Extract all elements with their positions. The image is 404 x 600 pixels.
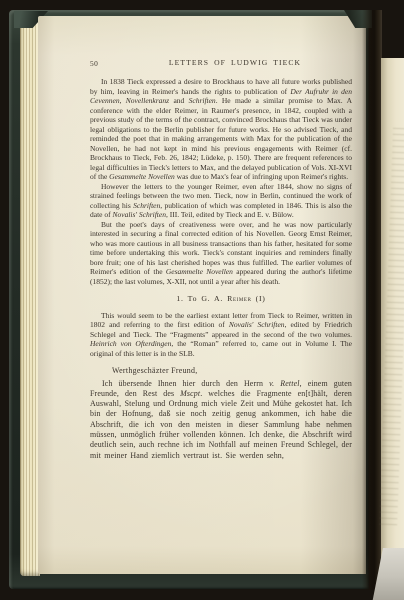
salutation: Werthgeschäzter Freund, bbox=[90, 366, 352, 376]
paragraph: This would seem to be the earliest extan… bbox=[90, 311, 352, 359]
page-type-area: 50 LETTERS OF LUDWIG TIECK In 1838 Tieck… bbox=[90, 58, 352, 574]
letter-paragraph: Ich übersende Ihnen hier durch den Herrn… bbox=[90, 379, 352, 461]
page-header: 50 LETTERS OF LUDWIG TIECK bbox=[90, 58, 352, 70]
page-body: In 1838 Tieck expressed a desire to Broc… bbox=[90, 77, 352, 461]
facing-page-text-lines bbox=[379, 128, 404, 528]
running-title: LETTERS OF LUDWIG TIECK bbox=[104, 58, 366, 67]
page-number: 50 bbox=[90, 59, 98, 68]
facing-page bbox=[381, 58, 404, 600]
book-photo: 50 LETTERS OF LUDWIG TIECK In 1838 Tieck… bbox=[0, 0, 404, 600]
section-heading: 1. To G. A. Reimer (I) bbox=[90, 294, 352, 304]
page-edge-stack bbox=[20, 16, 40, 576]
left-page: 50 LETTERS OF LUDWIG TIECK In 1838 Tieck… bbox=[38, 16, 366, 574]
paragraph: However the letters to the younger Reime… bbox=[90, 182, 352, 220]
paragraph: In 1838 Tieck expressed a desire to Broc… bbox=[90, 77, 352, 182]
paragraph: But the poet's days of creativeness were… bbox=[90, 220, 352, 287]
